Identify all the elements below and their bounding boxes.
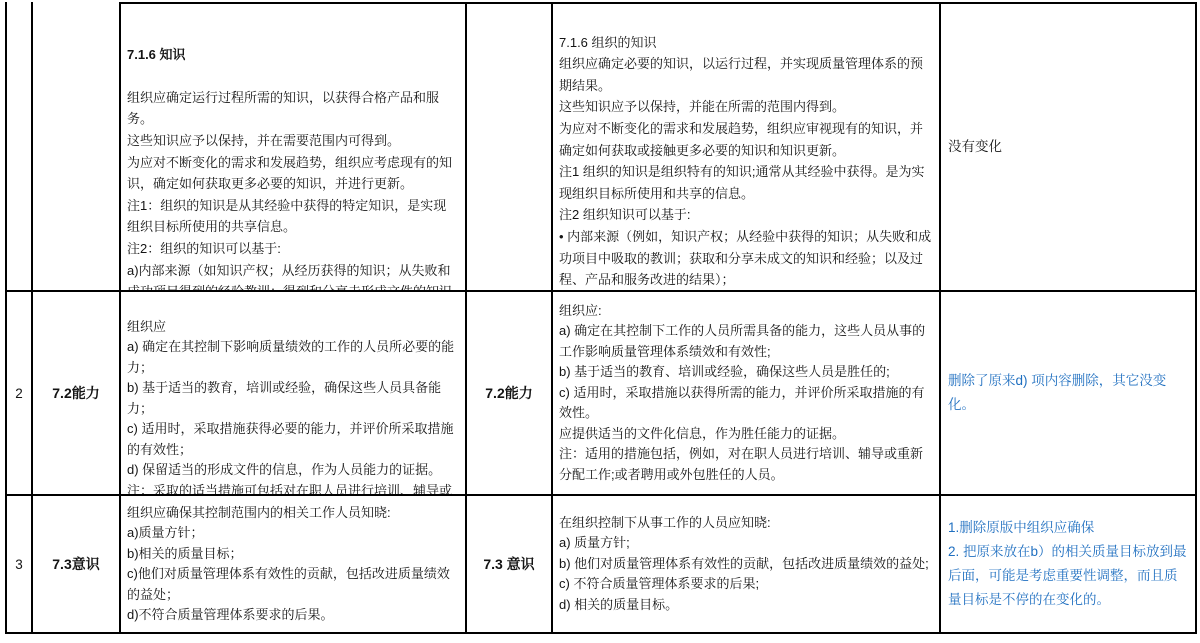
row-number: 3 — [15, 557, 23, 572]
clause-label-text: 7.2能力 — [485, 383, 532, 403]
old-clause-body: 组织应 a) 确定在其控制下影响质量绩效的工作的人员所必要的能力； b) 基于适… — [127, 317, 459, 497]
old-version-text-cell: 组织应确保其控制范围内的相关工作人员知晓: a)质量方针； b)相关的质量目标；… — [121, 496, 467, 634]
clause-label-text: 7.3意识 — [52, 554, 99, 574]
row-number-cell — [5, 2, 33, 292]
clause-label-new: 7.3 意识 — [467, 496, 553, 634]
old-clause-body: 组织应确保其控制范围内的相关工作人员知晓: a)质量方针； b)相关的质量目标；… — [127, 503, 459, 626]
new-clause-body: 组织应: a) 确定在其控制下工作的人员所需具备的能力，这些人员从事的工作影响质… — [559, 301, 933, 486]
old-clause-body: 组织应确定运行过程所需的知识，以获得合格产品和服务。 这些知识应予以保持，并在需… — [127, 87, 459, 292]
new-version-text-cell: 在组织控制下从事工作的人员应知晓: a) 质量方针; b) 他们对质量管理体系有… — [553, 496, 941, 634]
new-version-text-cell: 7.1.6 组织的知识 组织应确定必要的知识，以运行过程，并实现质量管理体系的预… — [553, 2, 941, 292]
new-version-text-cell: 组织应: a) 确定在其控制下工作的人员所需具备的能力，这些人员从事的工作影响质… — [553, 292, 941, 496]
change-note-cell: 删除了原来d) 项内容删除，其它没变化。 — [941, 292, 1197, 496]
old-clause-heading: 7.1.6 知识 — [127, 44, 459, 66]
new-clause-body: 7.1.6 组织的知识 组织应确定必要的知识，以运行过程，并实现质量管理体系的预… — [559, 32, 933, 292]
old-version-text-cell: 7.1.6 知识 组织应确定运行过程所需的知识，以获得合格产品和服务。 这些知识… — [121, 2, 467, 292]
new-clause-body: 在组织控制下从事工作的人员应知晓: a) 质量方针; b) 他们对质量管理体系有… — [559, 513, 933, 616]
clause-label-old — [33, 2, 121, 292]
clause-label-text: 7.3 意识 — [483, 554, 534, 574]
change-note-text: 没有变化 — [948, 137, 1188, 157]
change-note-text: 删除了原来d) 项内容删除，其它没变化。 — [948, 369, 1188, 417]
row-number: 2 — [15, 386, 23, 401]
clause-label-old: 7.2能力 — [33, 292, 121, 496]
old-version-text-cell: 组织应 a) 确定在其控制下影响质量绩效的工作的人员所必要的能力； b) 基于适… — [121, 292, 467, 496]
clause-label-old: 7.3意识 — [33, 496, 121, 634]
change-note-cell: 1.删除原版中组织应确保 2. 把原来放在b）的相关质量目标放到最后面，可能是考… — [941, 496, 1197, 634]
clause-label-new — [467, 2, 553, 292]
row-number-cell: 2 — [5, 292, 33, 496]
clause-label-text: 7.2能力 — [52, 383, 99, 403]
row-number-cell: 3 — [5, 496, 33, 634]
comparison-table: 7.1.6 知识 组织应确定运行过程所需的知识，以获得合格产品和服务。 这些知识… — [5, 2, 1197, 634]
change-note-text: 1.删除原版中组织应确保 2. 把原来放在b）的相关质量目标放到最后面，可能是考… — [948, 516, 1188, 612]
clause-label-new: 7.2能力 — [467, 292, 553, 496]
change-note-cell: 没有变化 — [941, 2, 1197, 292]
